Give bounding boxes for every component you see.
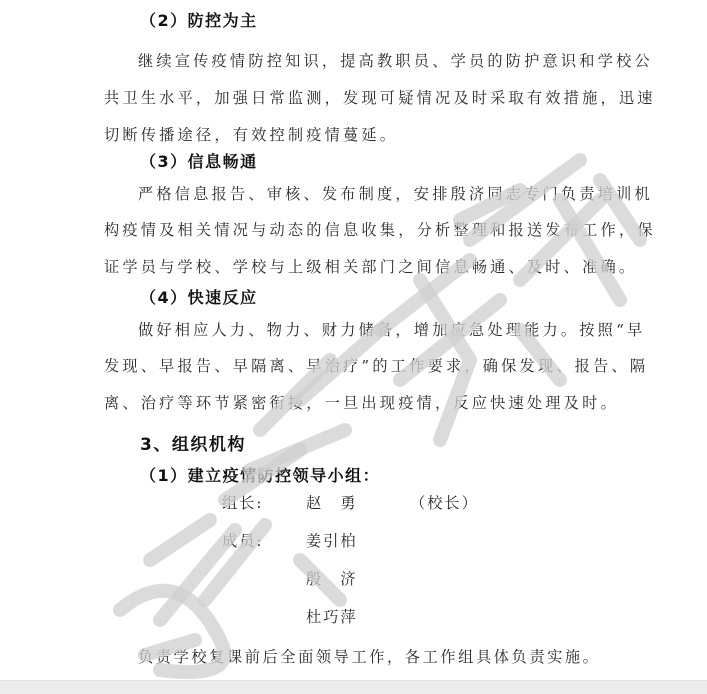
- section-heading: （3）信息畅通: [140, 149, 258, 172]
- paragraph-line: 构疫情及相关情况与动态的信息收集，分析整理和报送发布工作，保: [104, 219, 656, 240]
- leader-role: （校长）: [410, 492, 479, 513]
- section-heading: （2）防控为主: [140, 8, 258, 31]
- paragraph-line: 切断传播途径，有效控制疫情蔓延。: [104, 124, 398, 145]
- member-name: 姜引柏: [306, 530, 358, 551]
- paragraph-line: 共卫生水平，加强日常监测，发现可疑情况及时采取有效措施，迅速: [104, 87, 656, 108]
- member-name: 殷 济: [306, 568, 358, 589]
- closing-line: 负责学校复课前后全面领导工作，各工作组具体负责实施。: [138, 646, 600, 667]
- leader-name: 赵 勇: [306, 492, 358, 513]
- member-name: 杜巧萍: [306, 606, 358, 627]
- org-subtitle: （1）建立疫情防控领导小组：: [140, 463, 380, 486]
- section-heading: （4）快速反应: [140, 285, 258, 308]
- viewer-bottom-bar: [0, 680, 707, 694]
- leader-label: 组长:: [222, 492, 264, 513]
- paragraph-line: 继续宣传疫情防控知识，提高教职员、学员的防护意识和学校公: [138, 50, 653, 71]
- paragraph-line: 严格信息报告、审核、发布制度，安排殷济同志专门负责培训机: [138, 183, 653, 204]
- paragraph-line: 发现、早报告、早隔离、早治疗”的工作要求，确保发现、报告、隔: [104, 355, 648, 376]
- paragraph-line: 证学员与学校、学校与上级相关部门之间信息畅通、及时、准确。: [104, 256, 637, 277]
- org-title: 3、组织机构: [140, 430, 246, 455]
- members-label: 成员:: [222, 530, 264, 551]
- document-page: （2）防控为主 继续宣传疫情防控知识，提高教职员、学员的防护意识和学校公 共卫生…: [0, 0, 707, 680]
- paragraph-line: 离、治疗等环节紧密衔接，一旦出现疫情，反应快速处理及时。: [104, 392, 619, 413]
- paragraph-line: 做好相应人力、物力、财力储备，增加应急处理能力。按照“早: [138, 319, 645, 340]
